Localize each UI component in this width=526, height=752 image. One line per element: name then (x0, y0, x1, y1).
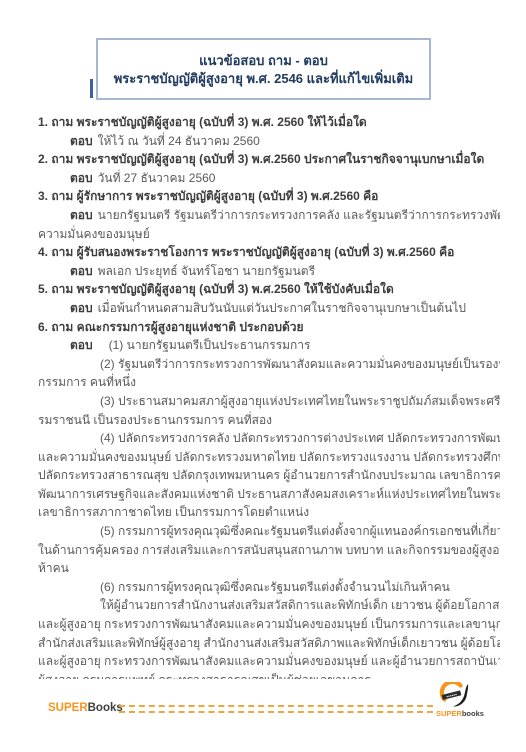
title-box: แนวข้อสอบ ถาม - ตอบ พระราชบัญญัติผู้สูงอ… (96, 38, 431, 100)
answer-line[interactable]: (2) รัฐมนตรีว่าการกระทรวงการพัฒนาสังคมแล… (38, 355, 500, 374)
answer-text: นายกรัฐมนตรี รัฐมนตรีว่าการกระทรวงการคลั… (98, 208, 500, 222)
superbooks-logo-icon: ●●●●●● (437, 682, 473, 711)
answer-label: ตอบ (70, 264, 93, 278)
answer-line[interactable]: และความมั่นคงของมนุษย์ ปลัดกระทรวงมหาดไท… (38, 448, 500, 467)
qa-content-area[interactable]: 1. ถาม พระราชบัญญัติผู้สูงอายุ (ฉบับที่ … (38, 113, 500, 679)
answer-text: เมื่อพ้นกำหนดสามสิบวันนับแต่วันประกาศในร… (98, 301, 466, 315)
answer-text: (1) นายกรัฐมนตรีเป็นประธานกรรมการ (109, 338, 311, 352)
answer-line[interactable]: พัฒนาการเศรษฐกิจและสังคมแห่งชาติ ประธานส… (38, 485, 500, 504)
answer-line[interactable]: ตอบให้ไว้ ณ วันที่ 24 ธันวาคม 2560 (38, 132, 500, 151)
answer-line[interactable]: ตอบวันที่ 27 ธันวาคม 2560 (38, 169, 500, 188)
answer-label: ตอบ (70, 208, 93, 222)
answer-line[interactable]: เลขาธิการสภากาชาดไทย เป็นกรรมการโดยตำแหน… (38, 503, 500, 522)
question-line[interactable]: 2. ถาม พระราชบัญญัติผู้สูงอายุ (ฉบับที่ … (38, 150, 500, 169)
answer-line[interactable]: (5) กรรมการผู้ทรงคุณวุฒิซึ่งคณะรัฐมนตรีแ… (38, 522, 500, 541)
answer-line[interactable]: ห้าคน (38, 559, 500, 578)
answer-line[interactable]: และผู้สูงอายุ กระทรวงการพัฒนาสังคมและควา… (38, 652, 500, 671)
answer-line[interactable]: ตอบ(1) นายกรัฐมนตรีเป็นประธานกรรมการ (38, 336, 500, 355)
answer-line[interactable]: (6) กรรมการผู้ทรงคุณวุฒิซึ่งคณะรัฐมนตรีแ… (38, 578, 500, 597)
answer-label: ตอบ (70, 301, 93, 315)
answer-line[interactable]: สำนักส่งเสริมและพิทักษ์ผู้สูงอายุ สำนักง… (38, 634, 500, 653)
answer-text: พลเอก ประยุทธ์ จันทร์โอชา นายกรัฐมนตรี (98, 264, 315, 278)
answer-line[interactable]: ผู้สูงอายุ กรมการแพทย์ กระทรวงสาธารณสุขเ… (38, 671, 500, 679)
question-line[interactable]: 3. ถาม ผู้รักษาการ พระราชบัญญัติผู้สูงอา… (38, 187, 500, 206)
answer-line[interactable]: ความมั่นคงของมนุษย์ (38, 225, 500, 244)
doc-title-line-1[interactable]: แนวข้อสอบ ถาม - ตอบ (199, 52, 328, 69)
answer-line[interactable]: ให้ผู้อำนวยการสำนักงานส่งเสริมสวัสดิการแ… (38, 596, 500, 615)
answer-label: ตอบ (70, 171, 93, 185)
answer-label: ตอบ (70, 134, 93, 148)
answer-line[interactable]: (4) ปลัดกระทรวงการคลัง ปลัดกระทรวงการต่า… (38, 429, 500, 448)
answer-text: ให้ไว้ ณ วันที่ 24 ธันวาคม 2560 (98, 134, 260, 148)
answer-line[interactable]: และผู้สูงอายุ กระทรวงการพัฒนาสังคมและควา… (38, 615, 500, 634)
answer-line[interactable]: รมราชนนี เป็นรองประธานกรรมการ คนที่สอง (38, 411, 500, 430)
logo-caption-super: SUPER (436, 709, 462, 718)
question-line[interactable]: 1. ถาม พระราชบัญญัติผู้สูงอายุ (ฉบับที่ … (38, 113, 500, 132)
svg-text:●●●●●●: ●●●●●● (446, 692, 458, 699)
answer-text: วันที่ 27 ธันวาคม 2560 (98, 171, 216, 185)
answer-line[interactable]: กรรมการ คนที่หนึ่ง (38, 373, 500, 392)
footer-brand: SUPERBooks (48, 701, 123, 715)
answer-line[interactable]: (3) ประธานสมาคมสภาผู้สูงอายุแห่งประเทศไท… (38, 392, 500, 411)
text-cursor (90, 79, 93, 98)
document-page: แนวข้อสอบ ถาม - ตอบ พระราชบัญญัติผู้สูงอ… (0, 0, 526, 752)
answer-line[interactable]: ตอบพลเอก ประยุทธ์ จันทร์โอชา นายกรัฐมนตร… (38, 262, 500, 281)
answer-line[interactable]: ตอบนายกรัฐมนตรี รัฐมนตรีว่าการกระทรวงการ… (38, 206, 500, 225)
question-line[interactable]: 4. ถาม ผู้รับสนองพระราชโองการ พระราชบัญญ… (38, 243, 500, 262)
answer-line[interactable]: ปลัดกระทรวงสาธารณสุข ปลัดกรุงเทพมหานคร ผ… (38, 466, 500, 485)
logo-caption-books: books (462, 709, 484, 718)
footer-logo-caption: SUPERbooks (436, 709, 484, 718)
answer-label: ตอบ (70, 338, 93, 352)
footer-brand-books: Books (88, 702, 123, 714)
doc-title-line-2[interactable]: พระราชบัญญัติผู้สูงอายุ พ.ศ. 2546 และที่… (114, 70, 414, 87)
question-line[interactable]: 6. ถาม คณะกรรมการผู้สูงอายุแห่งชาติ ประก… (38, 318, 500, 337)
question-line[interactable]: 5. ถาม พระราชบัญญัติผู้สูงอายุ (ฉบับที่ … (38, 280, 500, 299)
footer-brand-super: SUPER (48, 702, 88, 714)
footer-divider (119, 705, 433, 713)
answer-line[interactable]: ในด้านการคุ้มครอง การส่งเสริมและการสนับส… (38, 541, 500, 560)
answer-line[interactable]: ตอบเมื่อพ้นกำหนดสามสิบวันนับแต่วันประกาศ… (38, 299, 500, 318)
